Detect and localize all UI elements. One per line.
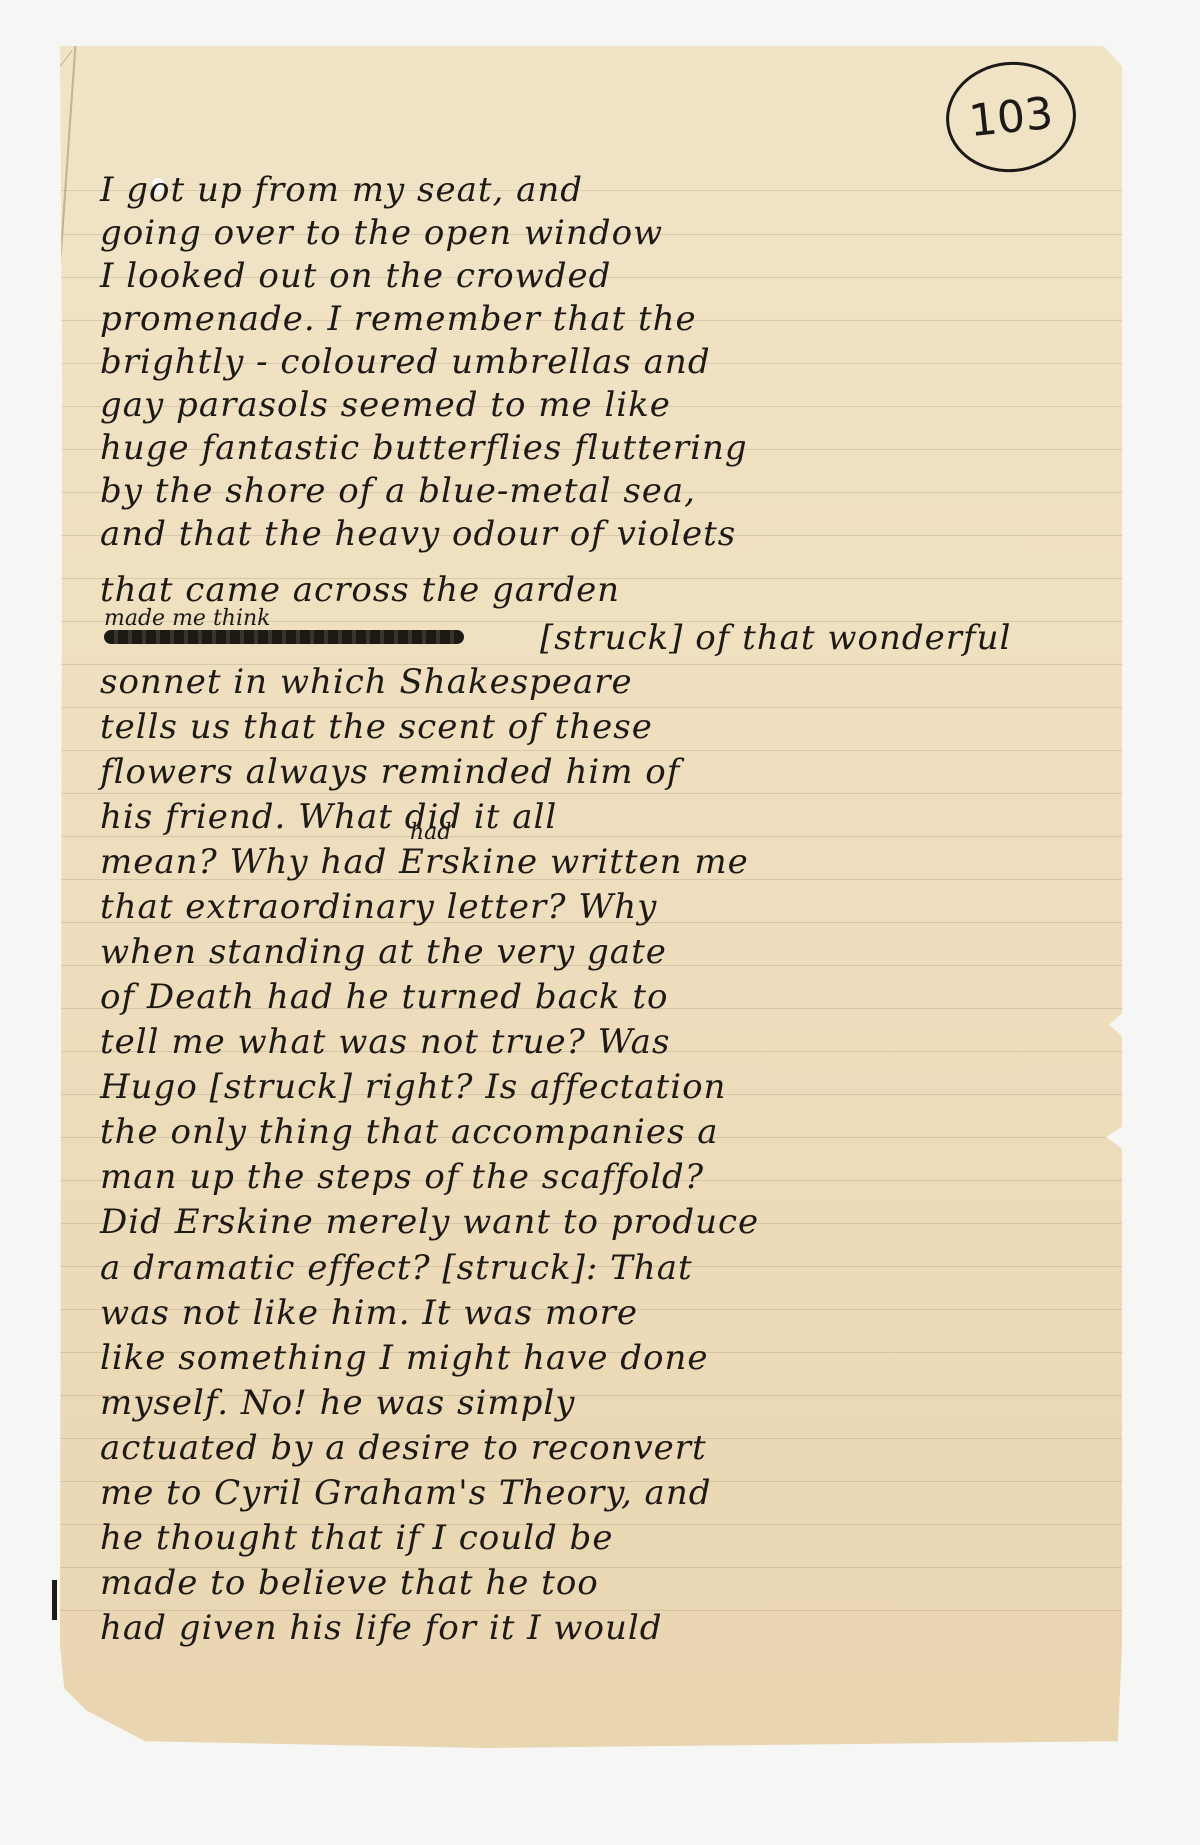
manuscript-line: flowers always reminded him of — [100, 752, 1090, 792]
margin-ink-mark — [52, 1580, 57, 1620]
manuscript-line: that came across the garden — [100, 570, 800, 610]
manuscript-line: gay parasols seemed to me like — [100, 385, 1090, 425]
paper-crease-diagonal — [0, 50, 73, 145]
manuscript-line: Did Erskine merely want to produce — [100, 1202, 1090, 1242]
manuscript-line: promenade. I remember that the — [100, 299, 1090, 339]
manuscript-line: huge fantastic butterflies fluttering — [100, 428, 1090, 468]
manuscript-line: of Death had he turned back to — [100, 977, 1080, 1017]
paper-crease — [58, 46, 77, 286]
manuscript-line: his friend. What did it all — [100, 797, 980, 837]
manuscript-line: man up the steps of the scaffold? — [100, 1157, 1080, 1197]
manuscript-line: sonnet in which Shakespeare — [100, 662, 980, 702]
manuscript-line: brightly - coloured umbrellas and — [100, 342, 1090, 382]
manuscript-line: me to Cyril Graham's Theory, and — [100, 1473, 1090, 1513]
ruled-line — [60, 750, 1122, 751]
manuscript-line: and that the heavy odour of violets — [100, 514, 1090, 554]
manuscript-line: [struck] of that wonderful — [540, 618, 1090, 658]
manuscript-line: by the shore of a blue-metal sea, — [100, 471, 1090, 511]
manuscript-line: tell me what was not true? Was — [100, 1022, 1100, 1062]
manuscript-line: mean? Why had Erskine written me — [100, 842, 1020, 882]
manuscript-line: made to believe that he too — [100, 1563, 1020, 1603]
manuscript-line: going over to the open window — [100, 213, 1090, 253]
manuscript-line: I got up from my seat, and — [100, 170, 1090, 210]
manuscript-line: had given his life for it I would — [100, 1608, 1060, 1648]
manuscript-line: when standing at the very gate — [100, 932, 1010, 972]
manuscript-line: myself. No! he was simply — [100, 1383, 920, 1423]
interlinear-insertion: made me think — [104, 606, 271, 631]
manuscript-line: that extraordinary letter? Why — [100, 887, 940, 927]
struck-through-word — [104, 630, 464, 644]
manuscript-line: a dramatic effect? [struck]: That — [100, 1248, 980, 1288]
ruled-line — [60, 793, 1122, 794]
manuscript-line: I looked out on the crowded — [100, 256, 1090, 296]
manuscript-line: he thought that if I could be — [100, 1518, 1000, 1558]
manuscript-line: like something I might have done — [100, 1338, 1070, 1378]
manuscript-line: Hugo [struck] right? Is affectation — [100, 1067, 1040, 1107]
manuscript-line: the only thing that accompanies a — [100, 1112, 1060, 1152]
manuscript-line: tells us that the scent of these — [100, 707, 1090, 747]
manuscript-line: was not like him. It was more — [100, 1293, 1030, 1333]
manuscript-line: actuated by a desire to reconvert — [100, 1428, 1070, 1468]
